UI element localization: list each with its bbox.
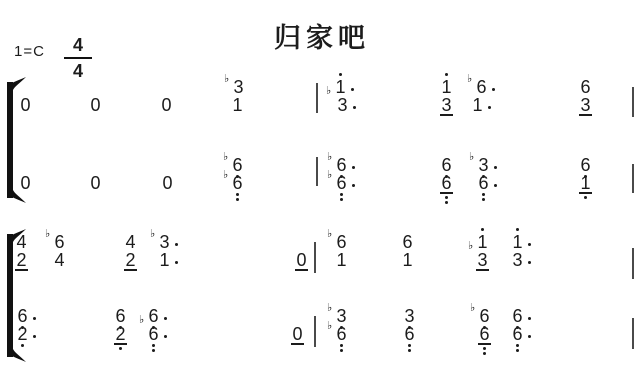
note: 2: [114, 325, 127, 343]
note-digit: 6: [403, 325, 416, 343]
octave-dot: [152, 349, 155, 352]
note-digit: 3: [477, 156, 490, 174]
note: 3♭: [232, 78, 245, 96]
octave-dot: [236, 198, 239, 201]
flat-icon: ♭: [223, 169, 228, 180]
flat-icon: ♭: [223, 151, 228, 162]
note: 1: [231, 96, 244, 114]
eighth-underline: [476, 269, 489, 271]
note: 6♭: [335, 174, 348, 192]
flat-icon: ♭: [327, 320, 332, 331]
rest-note: 0: [89, 96, 102, 114]
flat-icon: ♭: [467, 73, 472, 84]
note-digit: 6: [478, 307, 491, 325]
note-digit: 6: [440, 174, 453, 192]
augmentation-dot: [175, 243, 178, 246]
note: 1: [511, 233, 524, 251]
octave-dot: [340, 193, 343, 196]
augmentation-dot: [164, 317, 167, 320]
augmentation-dot: [351, 88, 354, 91]
augmentation-dot: [528, 261, 531, 264]
note-digit: 6: [231, 174, 244, 192]
note: 6♭: [231, 174, 244, 192]
augmentation-dot: [33, 335, 36, 338]
rest-note: 0: [160, 96, 173, 114]
note: 3: [440, 96, 453, 114]
flat-icon: ♭: [224, 73, 229, 84]
octave-dot: [340, 349, 343, 352]
note-digit: 1: [440, 78, 453, 96]
augmentation-dot: [492, 88, 495, 91]
eighth-underline: [124, 269, 137, 271]
note-digit: 6: [114, 307, 127, 325]
augmentation-dot: [352, 184, 355, 187]
octave-dot: [339, 73, 342, 76]
note: 1: [471, 96, 484, 114]
note-digit: 1: [231, 96, 244, 114]
note-digit: 1: [476, 233, 489, 251]
octave-dot: [445, 201, 448, 204]
octave-dot: [445, 73, 448, 76]
note-digit: 1: [511, 233, 524, 251]
barline: [314, 242, 316, 273]
flat-icon: ♭: [327, 151, 332, 162]
note-digit: 6: [53, 233, 66, 251]
note: 6: [511, 325, 524, 343]
flat-icon: ♭: [327, 228, 332, 239]
octave-dot: [408, 349, 411, 352]
note-digit: 6: [579, 156, 592, 174]
note-digit: 4: [124, 233, 137, 251]
note-digit: 2: [124, 251, 137, 269]
note-digit: 0: [291, 325, 304, 343]
octave-dot: [516, 349, 519, 352]
flat-icon: ♭: [470, 302, 475, 313]
note-digit: 3: [579, 96, 592, 114]
augmentation-dot: [352, 166, 355, 169]
note-digit: 3: [403, 307, 416, 325]
note: 6: [579, 78, 592, 96]
sheet-music-page: 1=C 4 4 归家吧 0003♭11♭3136♭1630006♭6♭6♭6♭6…: [0, 0, 644, 373]
eighth-underline: [114, 343, 127, 345]
note: 1♭: [334, 78, 347, 96]
note-digit: 6: [475, 78, 488, 96]
barline: [632, 87, 634, 117]
note: 1: [440, 78, 453, 96]
augmentation-dot: [164, 335, 167, 338]
note: 6♭: [478, 307, 491, 325]
note-digit: 6: [511, 307, 524, 325]
staff-bracket: [5, 229, 27, 362]
note: 3♭: [158, 233, 171, 251]
augmentation-dot: [488, 106, 491, 109]
flat-icon: ♭: [327, 302, 332, 313]
augmentation-dot: [528, 335, 531, 338]
note-digit: 3: [336, 96, 349, 114]
note-digit: 1: [158, 251, 171, 269]
eighth-underline: [295, 269, 308, 271]
note: 3♭: [477, 156, 490, 174]
note-digit: 0: [295, 251, 308, 269]
note-digit: 6: [440, 156, 453, 174]
eighth-underline: [579, 114, 592, 116]
note: 6: [440, 174, 453, 192]
note: 6♭: [147, 307, 160, 325]
octave-dot: [584, 196, 587, 199]
note: 3: [403, 307, 416, 325]
note: 4: [53, 251, 66, 269]
note-digit: 1: [335, 251, 348, 269]
octave-dot: [516, 344, 519, 347]
note-digit: 1: [401, 251, 414, 269]
note: 6: [511, 307, 524, 325]
note: 6: [114, 307, 127, 325]
octave-dot: [482, 193, 485, 196]
note: 6♭: [335, 325, 348, 343]
augmentation-dot: [528, 243, 531, 246]
staff-bracket: [5, 77, 27, 203]
barline: [632, 248, 634, 279]
note: 3: [579, 96, 592, 114]
augmentation-dot: [528, 317, 531, 320]
rest-note: 0: [295, 251, 308, 269]
note-digit: 6: [579, 78, 592, 96]
note: 6: [403, 325, 416, 343]
note: 3: [476, 251, 489, 269]
note: 1: [401, 251, 414, 269]
augmentation-dot: [353, 106, 356, 109]
augmentation-dot: [33, 317, 36, 320]
note-digit: 6: [477, 174, 490, 192]
note-digit: 6: [335, 174, 348, 192]
eighth-underline: [440, 114, 453, 116]
note: 4: [124, 233, 137, 251]
barline: [632, 164, 634, 193]
note: 6♭: [231, 156, 244, 174]
note: 6: [478, 325, 491, 343]
note-digit: 3: [335, 307, 348, 325]
note-digit: 1: [334, 78, 347, 96]
octave-dot: [483, 347, 486, 350]
note-digit: 6: [335, 325, 348, 343]
note: 3♭: [335, 307, 348, 325]
note: 1: [579, 174, 592, 192]
note-digit: 3: [440, 96, 453, 114]
note-digit: 6: [511, 325, 524, 343]
note: 3: [336, 96, 349, 114]
note: 1♭: [476, 233, 489, 251]
flat-icon: ♭: [468, 240, 473, 251]
flat-icon: ♭: [327, 169, 332, 180]
flat-icon: ♭: [45, 228, 50, 239]
barline: [316, 157, 318, 186]
barline: [632, 318, 634, 349]
note-digit: 6: [335, 233, 348, 251]
octave-dot: [482, 198, 485, 201]
octave-dot: [483, 352, 486, 355]
note-digit: 1: [579, 174, 592, 192]
augmentation-dot: [175, 261, 178, 264]
note-digit: 6: [478, 325, 491, 343]
eighth-underline: [291, 343, 304, 345]
note-digit: 6: [147, 307, 160, 325]
note-digit: 0: [89, 174, 102, 192]
note-digit: 3: [476, 251, 489, 269]
octave-dot: [119, 347, 122, 350]
score-area: 0003♭11♭3136♭1630006♭6♭6♭6♭663♭6614♭26♭4…: [0, 0, 644, 373]
octave-dot: [481, 228, 484, 231]
octave-dot: [408, 344, 411, 347]
note: 6: [401, 233, 414, 251]
barline: [316, 83, 318, 113]
note-digit: 0: [161, 174, 174, 192]
note: 6♭: [475, 78, 488, 96]
rest-note: 0: [89, 174, 102, 192]
note: 1: [335, 251, 348, 269]
note-digit: 2: [114, 325, 127, 343]
note: 6♭: [335, 233, 348, 251]
octave-dot: [516, 228, 519, 231]
note-digit: 6: [335, 156, 348, 174]
note-digit: 3: [511, 251, 524, 269]
note: 6: [147, 325, 160, 343]
augmentation-dot: [494, 166, 497, 169]
octave-dot: [340, 344, 343, 347]
octave-dot: [236, 193, 239, 196]
eighth-underline: [579, 192, 592, 194]
note-digit: 1: [471, 96, 484, 114]
octave-dot: [340, 198, 343, 201]
note-digit: 3: [232, 78, 245, 96]
octave-dot: [152, 344, 155, 347]
note: 6♭: [53, 233, 66, 251]
note: 6: [477, 174, 490, 192]
rest-note: 0: [161, 174, 174, 192]
flat-icon: ♭: [326, 85, 331, 96]
augmentation-dot: [494, 184, 497, 187]
note-digit: 0: [160, 96, 173, 114]
rest-note: 0: [291, 325, 304, 343]
barline: [314, 316, 316, 347]
eighth-underline: [478, 343, 491, 345]
note: 2: [124, 251, 137, 269]
eighth-underline: [440, 192, 453, 194]
note-digit: 0: [89, 96, 102, 114]
note-digit: 4: [53, 251, 66, 269]
flat-icon: ♭: [150, 228, 155, 239]
note: 3: [511, 251, 524, 269]
note-digit: 6: [147, 325, 160, 343]
note: 6: [579, 156, 592, 174]
note-digit: 3: [158, 233, 171, 251]
note-digit: 6: [231, 156, 244, 174]
note: 6♭: [335, 156, 348, 174]
flat-icon: ♭: [139, 314, 144, 325]
octave-dot: [445, 196, 448, 199]
note: 1: [158, 251, 171, 269]
note: 6: [440, 156, 453, 174]
flat-icon: ♭: [469, 151, 474, 162]
note-digit: 6: [401, 233, 414, 251]
